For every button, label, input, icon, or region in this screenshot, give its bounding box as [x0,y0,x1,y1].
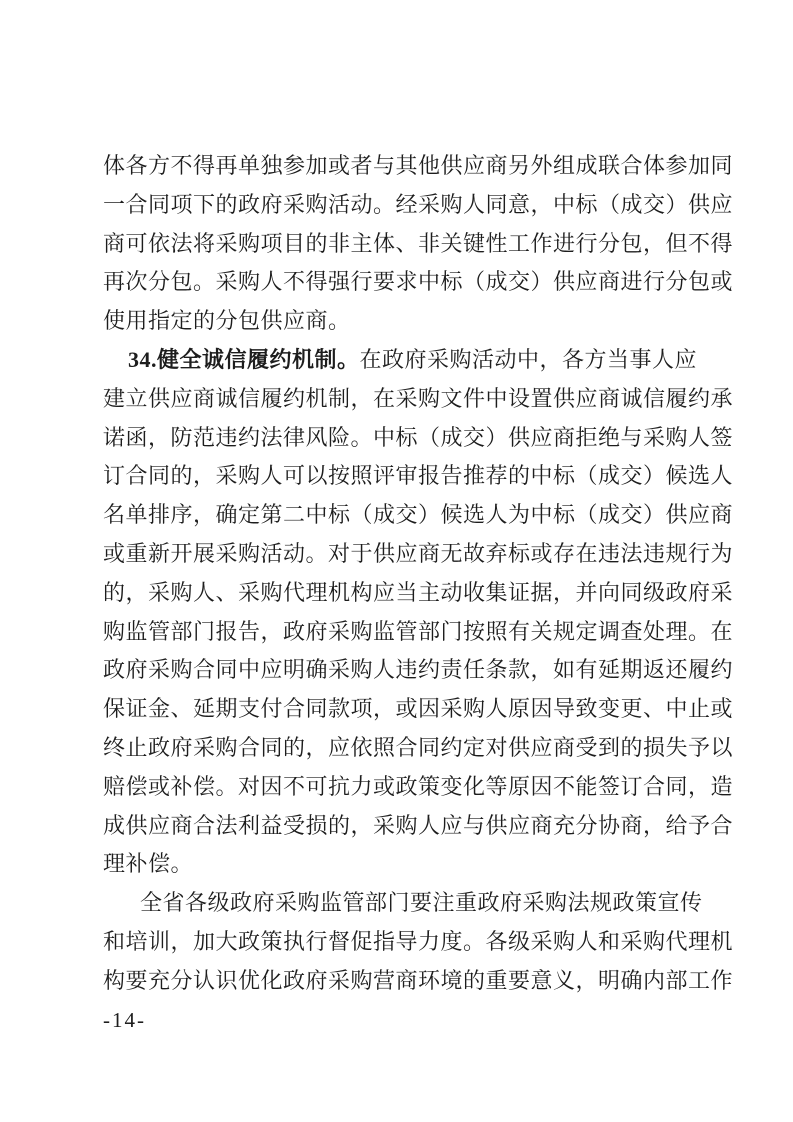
section-34-heading-line: 34.健全诚信履约机制。在政府采购活动中，各方当事人应 [103,341,743,380]
document-page: 体各方不得再单独参加或者与其他供应商另外组成联合体参加同一合同项下的政府采购活动… [0,0,793,1122]
text-line: 建立供应商诚信履约机制，在采购文件中设置供应商诚信履约承 [103,380,743,419]
section-34-heading-rest: 在政府采购活动中，各方当事人应 [360,347,698,372]
page-number: -14- [103,1001,743,1040]
text-line: 的，采购人、采购代理机构应当主动收集证据，并向同级政府采 [103,574,743,613]
text-line: 构要充分认识优化政府采购营商环境的重要意义，明确内部工作 [103,962,743,1001]
text-line: 体各方不得再单独参加或者与其他供应商另外组成联合体参加同 [103,147,743,186]
text-line: 政府采购合同中应明确采购人违约责任条款，如有延期返还履约 [103,651,743,690]
paragraph-section-34-body: 建立供应商诚信履约机制，在采购文件中设置供应商诚信履约承诺函，防范违约法律风险。… [103,380,743,884]
text-line: 一合同项下的政府采购活动。经采购人同意，中标（成交）供应 [103,186,743,225]
text-line: 成供应商合法利益受损的，采购人应与供应商充分协商，给予合 [103,807,743,846]
section-34-heading: 34.健全诚信履约机制。 [128,347,360,372]
text-line: 再次分包。采购人不得强行要求中标（成交）供应商进行分包或 [103,263,743,302]
text-line: 购监管部门报告，政府采购监管部门按照有关规定调查处理。在 [103,613,743,652]
text-line: 全省各级政府采购监管部门要注重政府采购法规政策宣传 [103,884,743,923]
paragraph-closing: 全省各级政府采购监管部门要注重政府采购法规政策宣传和培训，加大政策执行督促指导力… [103,884,743,1000]
text-line: 订合同的，采购人可以按照评审报告推荐的中标（成交）候选人 [103,457,743,496]
paragraph-continuation: 体各方不得再单独参加或者与其他供应商另外组成联合体参加同一合同项下的政府采购活动… [103,147,743,341]
text-line: 诺函，防范违约法律风险。中标（成交）供应商拒绝与采购人签 [103,419,743,458]
text-line: 使用指定的分包供应商。 [103,302,743,341]
text-line: 理补偿。 [103,845,743,884]
text-line: 名单排序，确定第二中标（成交）候选人为中标（成交）供应商 [103,496,743,535]
text-line: 终止政府采购合同的，应依照合同约定对供应商受到的损失予以 [103,729,743,768]
text-line: 商可依法将采购项目的非主体、非关键性工作进行分包，但不得 [103,225,743,264]
text-line: 和培训，加大政策执行督促指导力度。各级采购人和采购代理机 [103,923,743,962]
text-line: 赔偿或补偿。对因不可抗力或政策变化等原因不能签订合同，造 [103,768,743,807]
text-line: 或重新开展采购活动。对于供应商无故弃标或存在违法违规行为 [103,535,743,574]
document-text-block: 体各方不得再单独参加或者与其他供应商另外组成联合体参加同一合同项下的政府采购活动… [103,147,743,1039]
text-line: 保证金、延期支付合同款项，或因采购人原因导致变更、中止或 [103,690,743,729]
